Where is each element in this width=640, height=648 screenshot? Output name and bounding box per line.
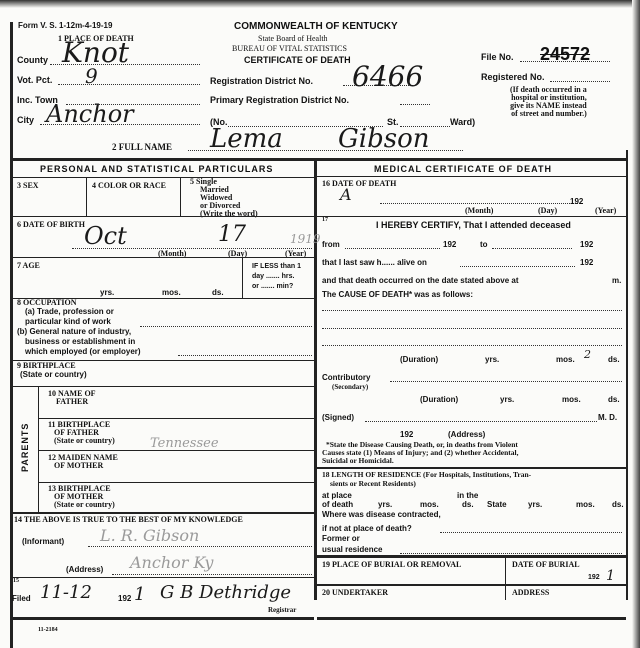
if-not-label: if not at place of death? [322, 524, 412, 533]
primary-reg-label: Primary Registration District No. [210, 95, 349, 105]
father-bp-value: Tennessee [150, 436, 219, 451]
city-value: Anchor [46, 100, 134, 128]
death-certificate: Form V. S. 1-12m-4-19-19 1 PLACE OF DEAT… [0, 0, 640, 648]
sex-label: 3 SEX [17, 181, 39, 190]
full-name-label: 2 FULL NAME [112, 142, 172, 152]
of-death-label: of death [322, 500, 353, 509]
undertaker-label: 20 UNDERTAKER [322, 588, 388, 597]
ward-label: Ward) [450, 117, 475, 127]
full-name-last: Gibson [338, 124, 429, 154]
filed-label: Filed [12, 594, 31, 603]
registrar-label: Registrar [268, 606, 296, 614]
burial-year-suffix: 1 [606, 568, 615, 584]
res-yrs: yrs. [378, 500, 392, 509]
cause-label: The CAUSE OF DEATH* was as follows: [322, 290, 473, 299]
informant-label: (Informant) [22, 537, 64, 546]
age-ds: ds. [212, 288, 224, 297]
signed-label: (Signed) [322, 413, 354, 422]
date-of-death-mark: A [340, 185, 352, 204]
last-saw-label: that I last saw h...... alive on [322, 258, 427, 267]
address-label: (Address) [66, 565, 103, 574]
footnote: *State the Disease Causing Death, or, in… [322, 441, 519, 465]
occupation-label: 8 OCCUPATION [17, 298, 76, 307]
death-day-caption: (Day) [538, 206, 557, 215]
state-ds: ds. [612, 500, 624, 509]
footer-code: 11-2184 [38, 627, 58, 633]
burial-label: 19 PLACE OF BURIAL OR REMOVAL [322, 560, 461, 569]
full-name-first: Lema [210, 124, 283, 154]
from-label: from [322, 240, 340, 249]
death-year-prefix: 192 [570, 197, 583, 206]
birthplace-label: 9 BIRTHPLACE [17, 361, 76, 370]
secondary-label: (Secondary) [332, 383, 368, 391]
duration-ds-2: ds. [608, 395, 620, 404]
death-month-caption: (Month) [465, 206, 493, 215]
filed-num: 15 [13, 578, 19, 584]
dob-label: 6 DATE OF BIRTH [17, 220, 85, 229]
residence-label: 18 LENGTH OF RESIDENCE (For Hospitals, I… [322, 470, 531, 479]
duration-label: (Duration) [400, 355, 438, 364]
medical-heading: MEDICAL CERTIFICATE OF DEATH [374, 164, 552, 174]
duration-yrs-2: yrs. [500, 395, 514, 404]
reg-district-label: Registration District No. [210, 76, 313, 86]
filed-year-suffix: 1 [134, 584, 145, 605]
header-title: COMMONWEALTH OF KENTUCKY [234, 21, 398, 32]
city-label: City [17, 115, 34, 125]
date-of-death-label: 16 DATE OF DEATH [322, 179, 396, 188]
file-no-label: File No. [481, 52, 514, 62]
last-saw-year: 192 [580, 258, 593, 267]
header-line4: CERTIFICATE OF DEATH [244, 55, 351, 65]
marital-label: 5 SingleMarriedWidowedor Divorced(Write … [190, 178, 258, 218]
undertaker-address-label: ADDRESS [512, 588, 549, 597]
dob-day: 17 [218, 222, 246, 247]
to-year: 192 [580, 240, 593, 249]
file-no-value: 24572 [540, 44, 590, 65]
reg-district-value: 6466 [352, 60, 423, 93]
duration-mos-value: 2 [584, 348, 591, 361]
state-label: State [487, 500, 507, 509]
informant-value: L. R. Gibson [100, 526, 199, 545]
medical-address-label: (Address) [448, 430, 485, 439]
dob-month: Oct [84, 222, 127, 250]
occurred-label: and that death occurred on the date stat… [322, 276, 518, 285]
duration-label-2: (Duration) [420, 395, 458, 404]
county-label: County [17, 55, 48, 65]
duration-mos: mos. [556, 355, 575, 364]
file-note: (If death occurred in ahospital or insti… [510, 86, 587, 118]
center-divider [314, 160, 317, 600]
left-border [10, 22, 13, 648]
residence-label-2: sients or Recent Residents) [330, 479, 416, 488]
where-contracted-label: Where was disease contracted, [322, 510, 441, 519]
state-yrs: yrs. [528, 500, 542, 509]
at-place-label: at place [322, 491, 352, 500]
filed-date: 11-12 [40, 582, 92, 603]
right-border [626, 150, 628, 600]
mother-name-label: 12 MAIDEN NAMEOF MOTHER [48, 454, 118, 470]
mother-bp-label: 13 BIRTHPLACEOF MOTHER(State or country) [48, 485, 115, 509]
certify-num: 17 [322, 217, 328, 223]
address-value: Anchor Ky [130, 553, 213, 572]
father-name-label: 10 NAME OFFATHER [48, 390, 96, 406]
age-yrs: yrs. [100, 288, 114, 297]
usual-residence-label: usual residence [322, 545, 382, 554]
md-label: M. D. [598, 413, 617, 422]
res-ds: ds. [462, 500, 474, 509]
header-line2: State Board of Health [258, 34, 328, 43]
m-label: m. [612, 276, 621, 285]
to-label: to [480, 240, 488, 249]
form-id: Form V. S. 1-12m-4-19-19 [18, 21, 112, 30]
duration-ds: ds. [608, 355, 620, 364]
filed-year-prefix: 192 [118, 594, 131, 603]
former-label: Former or [322, 534, 360, 543]
certify-text: I HEREBY CERTIFY, That I attended deceas… [376, 220, 571, 230]
age-mos: mos. [162, 288, 181, 297]
parents-label: PARENTS [20, 423, 30, 472]
duration-yrs: yrs. [485, 355, 499, 364]
header-line3: BUREAU OF VITAL STATISTICS [232, 44, 347, 53]
in-the-label: in the [457, 491, 478, 500]
date-burial-label: DATE OF BURIAL [512, 560, 580, 569]
vot-pct-value: 9 [85, 64, 98, 88]
scan-edge-right [632, 0, 640, 648]
dob-year: 1919 [290, 232, 321, 246]
from-year: 192 [443, 240, 456, 249]
scan-edge-top [0, 0, 640, 8]
contributory-label: Contributory [322, 373, 370, 382]
age-label: 7 AGE [17, 261, 40, 270]
signed-year: 192 [400, 430, 413, 439]
registered-no-label: Registered No. [481, 72, 545, 82]
father-bp-label: 11 BIRTHPLACEOF FATHER(State or country) [48, 421, 115, 445]
burial-year-prefix: 192 [588, 574, 600, 581]
res-mos: mos. [420, 500, 439, 509]
color-label: 4 COLOR OR RACE [92, 181, 166, 190]
personal-heading: PERSONAL AND STATISTICAL PARTICULARS [40, 164, 273, 174]
knowledge-label: 14 THE ABOVE IS TRUE TO THE BEST OF MY K… [14, 515, 243, 524]
death-year-caption: (Year) [595, 206, 616, 215]
duration-mos-2: mos. [562, 395, 581, 404]
vot-pct-label: Vot. Pct. [17, 75, 52, 85]
occupation-lines: (a) Trade, profession or particular kind… [17, 307, 141, 357]
state-mos: mos. [576, 500, 595, 509]
less-than-box: IF LESS than 1day ....... hrs.or .......… [252, 262, 301, 292]
registrar-signature: G B Dethridge [160, 582, 291, 603]
birthplace-sub: (State or country) [20, 370, 87, 379]
